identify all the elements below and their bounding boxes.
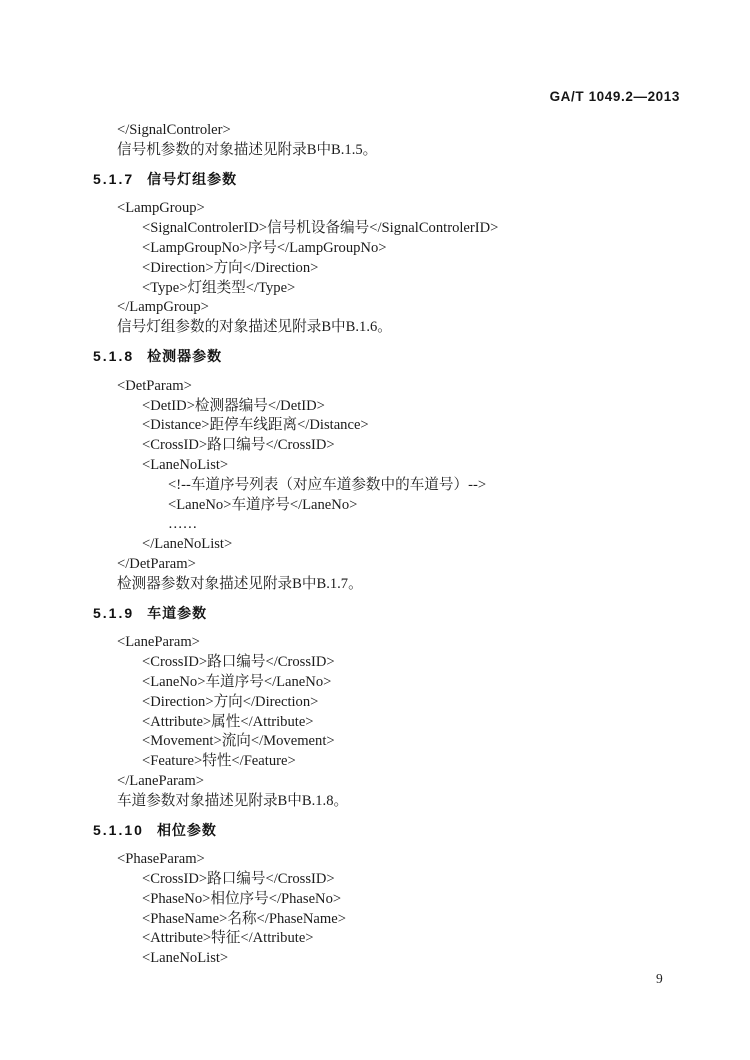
- xml-line: <Type>灯组类型</Type>: [142, 279, 720, 299]
- xml-line: <Distance>距停车线距离</Distance>: [142, 416, 720, 436]
- section-heading: 5.1.9车道参数: [93, 604, 720, 624]
- xml-line: <Movement>流向</Movement>: [142, 732, 720, 752]
- xml-line: <Direction>方向</Direction>: [142, 259, 720, 279]
- xml-line: <DetID>检测器编号</DetID>: [142, 397, 720, 417]
- xml-line: <PhaseParam>: [117, 850, 720, 870]
- section-number: 5.1.9: [93, 605, 134, 621]
- section-number: 5.1.10: [93, 822, 144, 838]
- xml-line: <CrossID>路口编号</CrossID>: [142, 436, 720, 456]
- description-line: 信号机参数的对象描述见附录B中B.1.5。: [117, 141, 720, 161]
- xml-line: <LaneParam>: [117, 633, 720, 653]
- xml-line: <Direction>方向</Direction>: [142, 693, 720, 713]
- xml-line: <SignalControlerID>信号机设备编号</SignalContro…: [142, 219, 720, 239]
- xml-line: <PhaseNo>相位序号</PhaseNo>: [142, 890, 720, 910]
- xml-line: </LaneParam>: [117, 772, 720, 792]
- xml-line: <LampGroup>: [117, 199, 720, 219]
- section-heading: 5.1.8检测器参数: [93, 347, 720, 367]
- section-title: 车道参数: [147, 605, 207, 621]
- document-body: </SignalControler>信号机参数的对象描述见附录B中B.1.5。5…: [117, 121, 720, 969]
- section-title: 检测器参数: [147, 348, 222, 364]
- section-title: 信号灯组参数: [147, 171, 237, 187]
- xml-line: <CrossID>路口编号</CrossID>: [142, 653, 720, 673]
- xml-line: <Attribute>特征</Attribute>: [142, 929, 720, 949]
- page-number: 9: [656, 971, 663, 987]
- section-heading: 5.1.7信号灯组参数: [93, 170, 720, 190]
- description-line: 车道参数对象描述见附录B中B.1.8。: [117, 792, 720, 812]
- xml-line: </SignalControler>: [117, 121, 720, 141]
- xml-line: <LaneNoList>: [142, 949, 720, 969]
- xml-line: <DetParam>: [117, 377, 720, 397]
- document-page: GA/T 1049.2—2013 </SignalControler>信号机参数…: [0, 0, 750, 1060]
- section-title: 相位参数: [157, 822, 217, 838]
- xml-line: <LaneNoList>: [142, 456, 720, 476]
- xml-line: <!--车道序号列表（对应车道参数中的车道号）-->: [168, 476, 720, 496]
- standard-number-header: GA/T 1049.2—2013: [550, 89, 680, 104]
- xml-line: <PhaseName>名称</PhaseName>: [142, 910, 720, 930]
- xml-line: <LampGroupNo>序号</LampGroupNo>: [142, 239, 720, 259]
- xml-line: <Feature>特性</Feature>: [142, 752, 720, 772]
- xml-line: </LaneNoList>: [142, 535, 720, 555]
- xml-line: <CrossID>路口编号</CrossID>: [142, 870, 720, 890]
- xml-line: <LaneNo>车道序号</LaneNo>: [142, 673, 720, 693]
- xml-line: <Attribute>属性</Attribute>: [142, 713, 720, 733]
- section-number: 5.1.8: [93, 348, 134, 364]
- xml-line: <LaneNo>车道序号</LaneNo>: [168, 496, 720, 516]
- section-number: 5.1.7: [93, 171, 134, 187]
- section-heading: 5.1.10相位参数: [93, 821, 720, 841]
- description-line: 检测器参数对象描述见附录B中B.1.7。: [117, 575, 720, 595]
- description-line: 信号灯组参数的对象描述见附录B中B.1.6。: [117, 318, 720, 338]
- xml-line: </LampGroup>: [117, 298, 720, 318]
- xml-line: ……: [168, 515, 720, 535]
- xml-line: </DetParam>: [117, 555, 720, 575]
